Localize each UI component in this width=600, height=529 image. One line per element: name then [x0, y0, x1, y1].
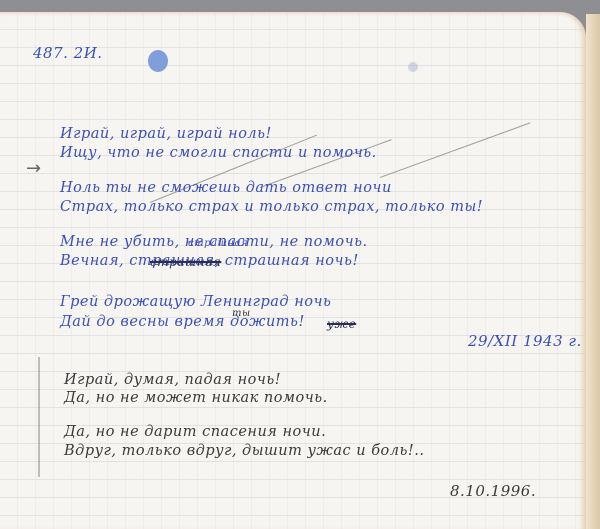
stanza2-line-3: Да, но не дарит спасения ночи.	[64, 424, 326, 440]
scanned-notebook-page: 487. 2И. → Играй, играй, играй ноль! Ищу…	[0, 0, 600, 529]
ink-blot	[148, 50, 168, 72]
margin-pencil-line	[38, 357, 40, 477]
struck-word: страшная	[150, 255, 221, 269]
stanza1-line-7: Грей дрожащую Ленинград ночь	[60, 294, 331, 310]
stanza1-line-3: Ноль ты не сможешь дать ответ ночи	[60, 180, 392, 196]
stanza2-line-4: Вдруг, только вдруг, дышит ужас и боль!.…	[64, 443, 424, 459]
struck-word: уже	[327, 317, 356, 331]
notebook-paper: 487. 2И. → Играй, играй, играй ноль! Ищу…	[0, 12, 586, 529]
page-edge	[586, 14, 600, 529]
stanza1-line-4: Страх, только страх и только страх, толь…	[60, 199, 483, 215]
stanza1-date: 29/XII 1943 г.	[468, 332, 582, 350]
stanza1-line-1: Играй, играй, играй ноль!	[60, 126, 272, 142]
stanza1-line-2: Ищу, что не смогли спасти и помочь.	[60, 145, 377, 161]
stanza2-line-1: Играй, думая, падая ночь!	[64, 372, 281, 388]
margin-arrow-icon: →	[26, 158, 41, 179]
pencil-diagonal-stroke	[380, 122, 531, 178]
stanza1-line-8: Дай до весны время дожить!	[60, 314, 305, 330]
stanza1-correction-above: страшная	[188, 238, 248, 249]
page-header-number: 487. 2И.	[33, 44, 103, 62]
stanza2-line-2: Да, но не может никак помочь.	[64, 390, 328, 406]
stanza2-date: 8.10.1996.	[450, 482, 536, 500]
faint-ink-mark	[408, 62, 418, 72]
